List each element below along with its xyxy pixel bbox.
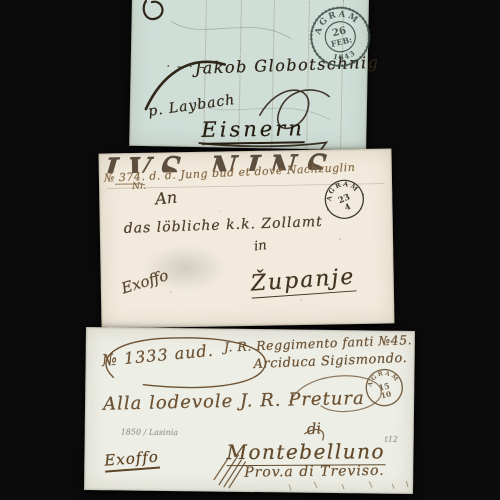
cover-top-blue: · – · – Jakob Globotschnig p. Laybach Ei… [129, 0, 370, 150]
cover-middle-ivory: IVS NINS IINA № 374. d. d. Jung bud et d… [98, 148, 394, 328]
province-line: Prov.a di Treviso. [244, 463, 385, 481]
routing-note: p. Laybach [147, 92, 236, 120]
docket-line2: Nr. [132, 182, 146, 192]
destination-name: Montebelluno [226, 439, 385, 466]
svg-text:4: 4 [343, 201, 352, 213]
salutation: An [154, 187, 177, 208]
cover-bottom-white: № 1333 aud. J. R. Reggimento fanti №45. … [84, 327, 415, 494]
agram-postmark: AGRAM 23 4 [320, 175, 369, 224]
destination-name: Eisnern [201, 116, 305, 145]
registry-oval-note: № 1333 aud. [101, 341, 214, 370]
agram-postmark: AGRAM 15 10 [361, 364, 408, 411]
preposition: in [253, 238, 267, 254]
svg-text:10: 10 [380, 389, 392, 400]
auction-photo-three-covers: · – · – Jakob Globotschnig p. Laybach Ei… [0, 0, 500, 500]
agram-postmark: AGRAM 1843 26 FEB: [304, 0, 377, 73]
address-line: Alla lodevole J. R. Pretura [103, 388, 365, 415]
pencil-note: 1850 / Lasinia [121, 427, 178, 437]
exoffo-note: Exoffo [104, 448, 160, 473]
pencil-mark: t12 [385, 435, 399, 444]
destination-name: Županje [250, 264, 356, 298]
address-line: das löbliche k.k. Zollamt [124, 214, 323, 237]
preposition: di [306, 419, 321, 438]
